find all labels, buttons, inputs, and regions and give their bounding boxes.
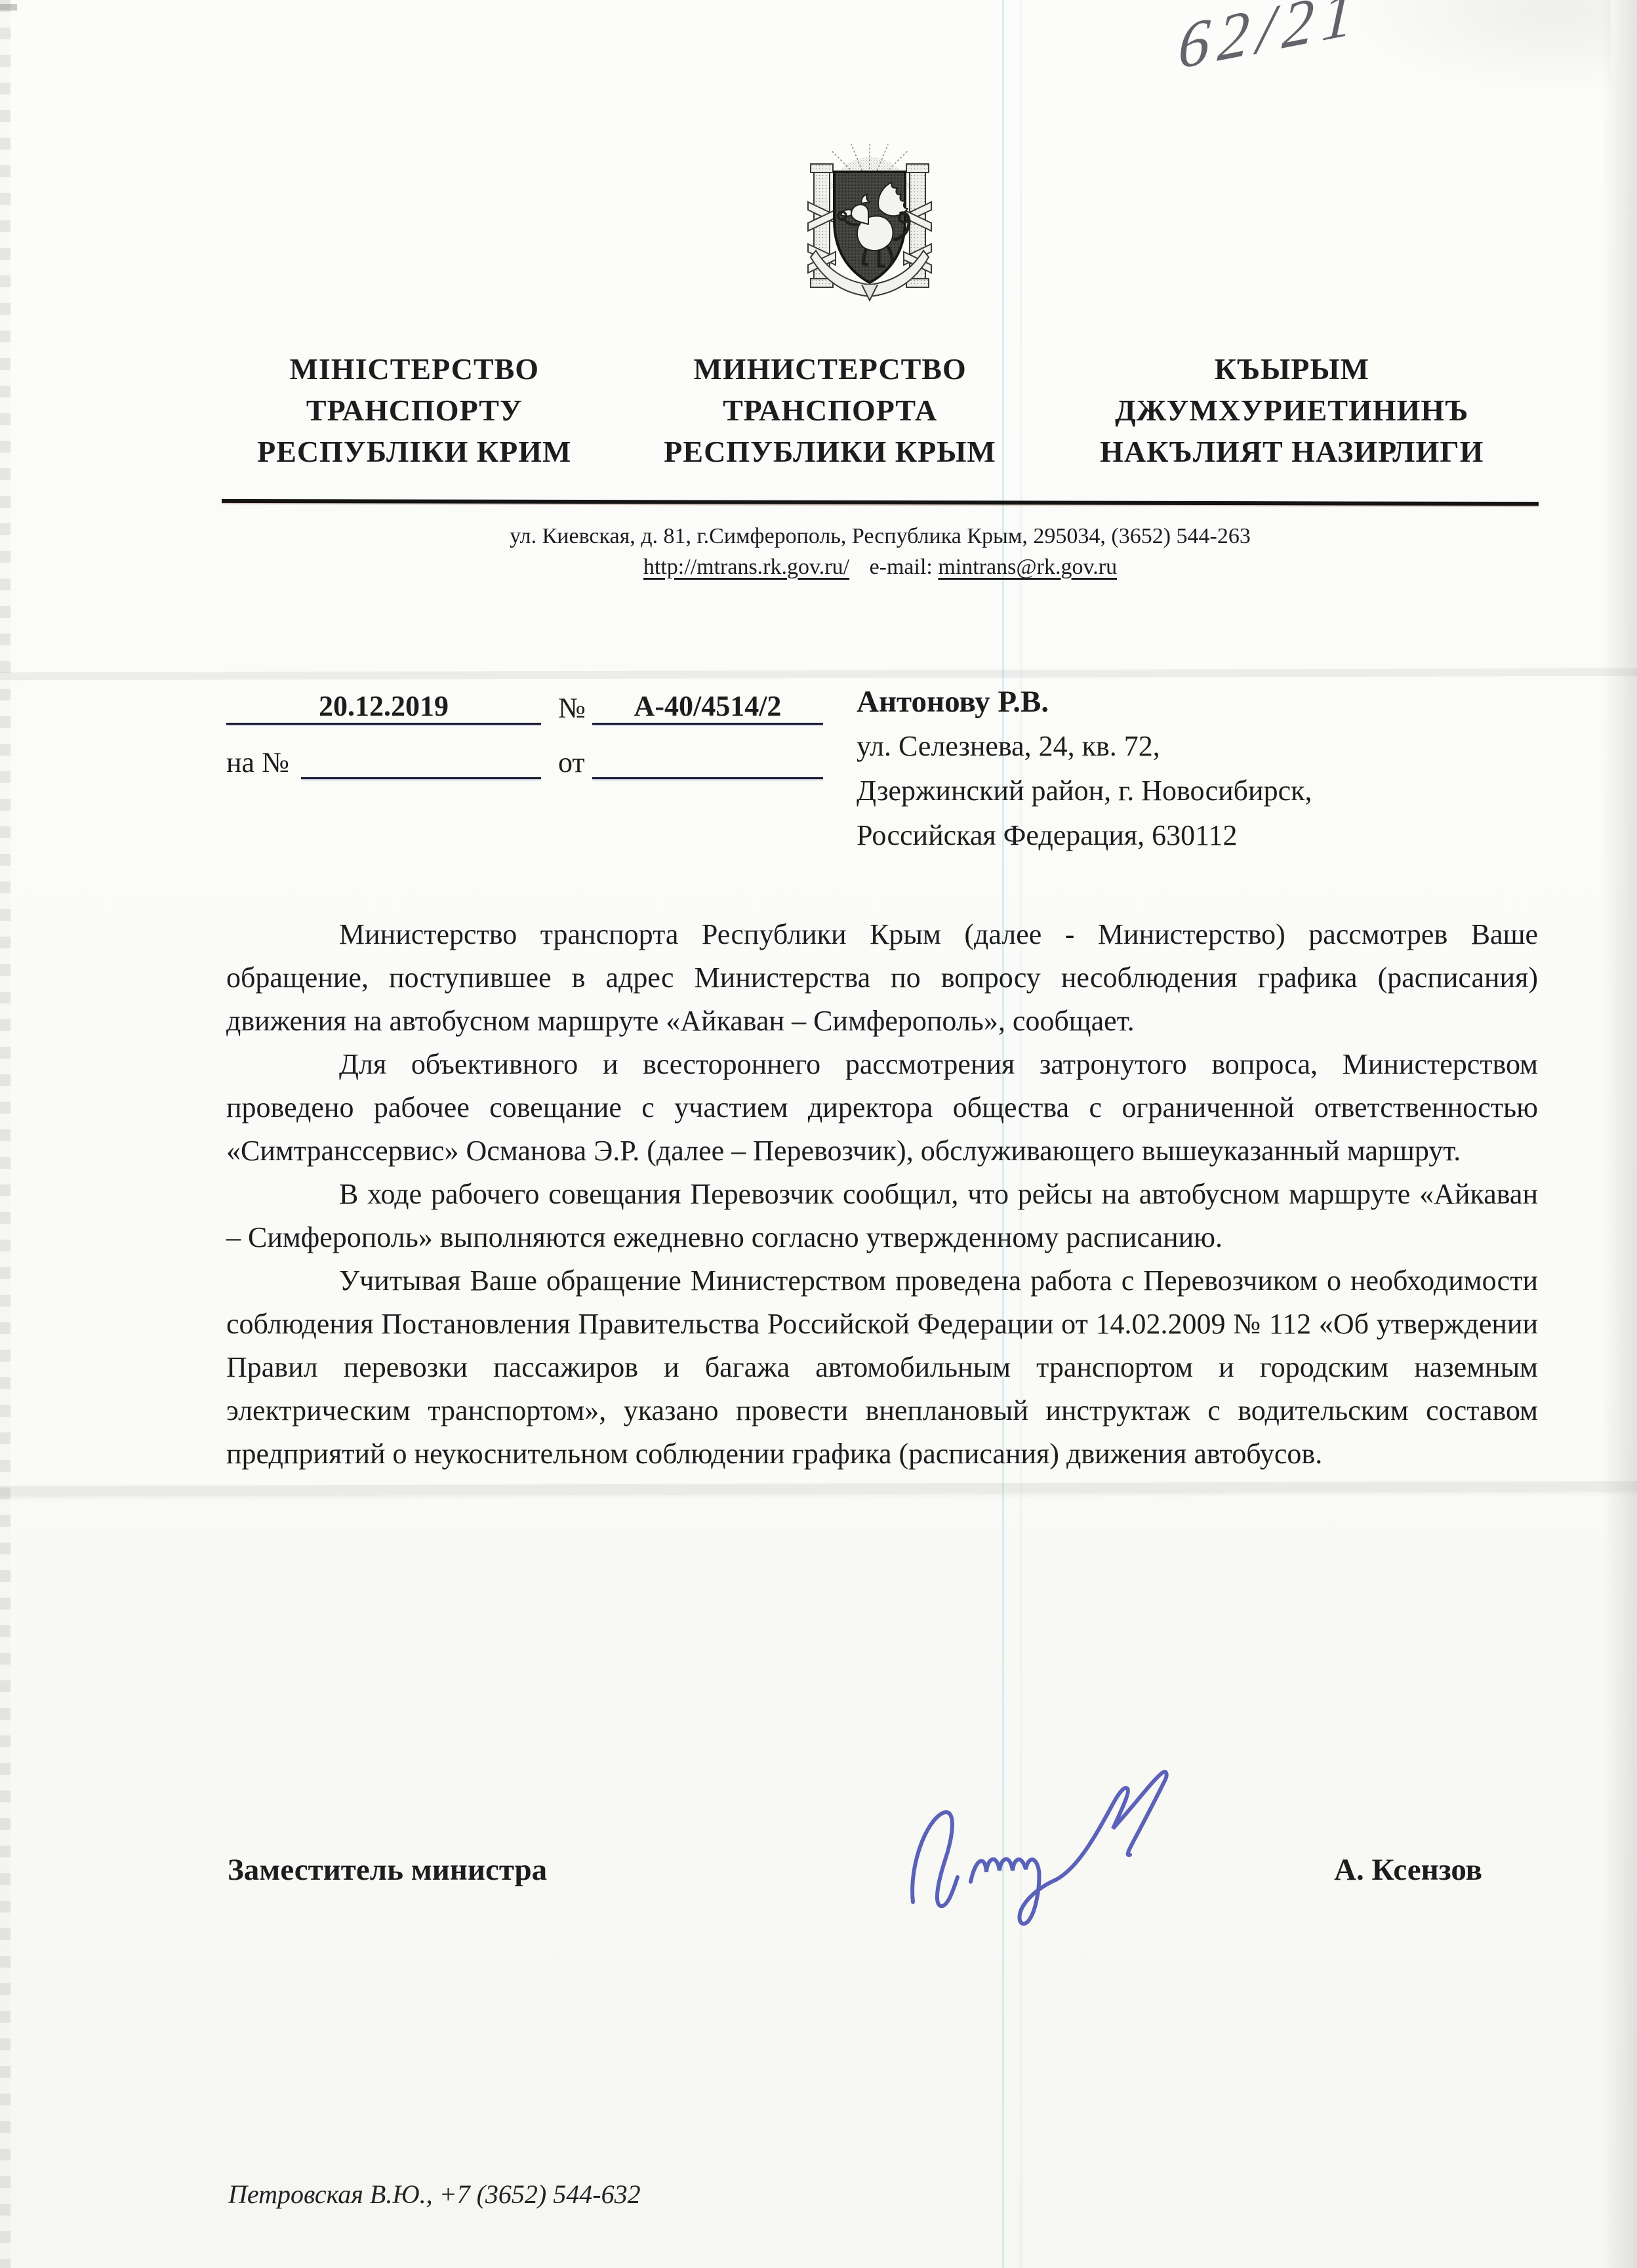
ministry-crh-line2: ДЖУМХУРИЕТИНИНЪ xyxy=(1048,390,1536,431)
scan-crease-upper xyxy=(0,668,1637,681)
scan-corner-mark xyxy=(0,4,17,10)
email-address: mintrans@rk.gov.ru xyxy=(938,555,1117,579)
scan-shadow-top-right xyxy=(1335,0,1611,98)
letterhead-divider-rule xyxy=(222,499,1539,506)
ministry-name-russian: МИНИСТЕРСТВО ТРАНСПОРТА РЕСПУБЛИКИ КРЫМ xyxy=(613,348,1048,472)
reply-to-number-field: на № xyxy=(226,739,541,779)
ministry-ru-line3: РЕСПУБЛИКИ КРЫМ xyxy=(613,431,1048,472)
reply-number-blank-line xyxy=(301,777,541,779)
recipient-address-line3: Российская Федерация, 630112 xyxy=(857,813,1552,858)
handwritten-signature xyxy=(872,1747,1240,1951)
recipient-block: Антонову Р.В. ул. Селезнева, 24, кв. 72,… xyxy=(857,679,1552,858)
reply-to-label: на № xyxy=(226,746,301,779)
executor-contact-line: Петровская В.Ю., +7 (3652) 544-632 xyxy=(228,2179,641,2210)
recipient-address-line1: ул. Селезнева, 24, кв. 72, xyxy=(857,724,1552,769)
number-sign-label: № xyxy=(541,684,592,725)
scan-edge-right xyxy=(1602,0,1637,2268)
ministry-crh-line3: НАКЪЛИЯТ НАЗИРЛИГИ xyxy=(1048,431,1536,472)
ministry-ru-line1: МИНИСТЕРСТВО xyxy=(613,348,1048,390)
signer-position-title: Заместитель министра xyxy=(228,1852,547,1888)
recipient-address-line2: Дзержинский район, г. Новосибирск, xyxy=(857,769,1552,813)
recipient-name: Антонову Р.В. xyxy=(857,679,1552,724)
letter-body: Министерство транспорта Республики Крым … xyxy=(226,913,1538,1476)
letter-date: 20.12.2019 xyxy=(226,682,541,725)
web-contacts-line: http://mtrans.rk.gov.ru/ e-mail: mintran… xyxy=(222,552,1539,582)
body-paragraph-4: Учитывая Ваше обращение Министерством пр… xyxy=(226,1259,1538,1476)
website-url: http://mtrans.rk.gov.ru/ xyxy=(643,555,849,579)
scan-crease-lower xyxy=(0,1481,1637,1497)
ministry-name-ukrainian: МІНІСТЕРСТВО ТРАНСПОРТУ РЕСПУБЛІКИ КРИМ xyxy=(216,348,613,472)
ministry-uk-line1: МІНІСТЕРСТВО xyxy=(216,348,613,390)
body-paragraph-3: В ходе рабочего совещания Перевозчик соо… xyxy=(226,1173,1538,1259)
ministry-uk-line2: ТРАНСПОРТУ xyxy=(216,390,613,431)
from-date-blank-line xyxy=(592,737,823,779)
ministry-name-crimean-tatar: КЪЫРЫМ ДЖУМХУРИЕТИНИНЪ НАКЪЛИЯТ НАЗИРЛИГ… xyxy=(1048,348,1536,472)
letter-number: А-40/4514/2 xyxy=(592,682,823,725)
ministry-crh-line1: КЪЫРЫМ xyxy=(1048,348,1536,390)
postal-address: ул. Киевская, д. 81, г.Симферополь, Респ… xyxy=(222,521,1539,552)
scanned-letter-page: 62/21 xyxy=(0,0,1637,2268)
email-label: e-mail: xyxy=(870,555,933,579)
crimea-coat-of-arms-emblem xyxy=(805,142,934,302)
signer-name: А. Ксензов xyxy=(1334,1852,1482,1888)
ministry-uk-line3: РЕСПУБЛІКИ КРИМ xyxy=(216,431,613,472)
body-paragraph-2: Для объективного и всестороннего рассмот… xyxy=(226,1043,1538,1173)
body-paragraph-1: Министерство транспорта Республики Крым … xyxy=(226,913,1538,1043)
reference-block: 20.12.2019 № А-40/4514/2 на № от xyxy=(226,682,823,779)
reference-row-outgoing: 20.12.2019 № А-40/4514/2 xyxy=(226,682,823,725)
letterhead-contacts: ул. Киевская, д. 81, г.Симферополь, Респ… xyxy=(222,521,1539,582)
ministry-ru-line2: ТРАНСПОРТА xyxy=(613,390,1048,431)
scan-edge-left xyxy=(0,0,10,2268)
reference-row-incoming: на № от xyxy=(226,737,823,779)
letterhead: МІНІСТЕРСТВО ТРАНСПОРТУ РЕСПУБЛІКИ КРИМ … xyxy=(216,348,1536,472)
from-label: от xyxy=(541,739,592,779)
